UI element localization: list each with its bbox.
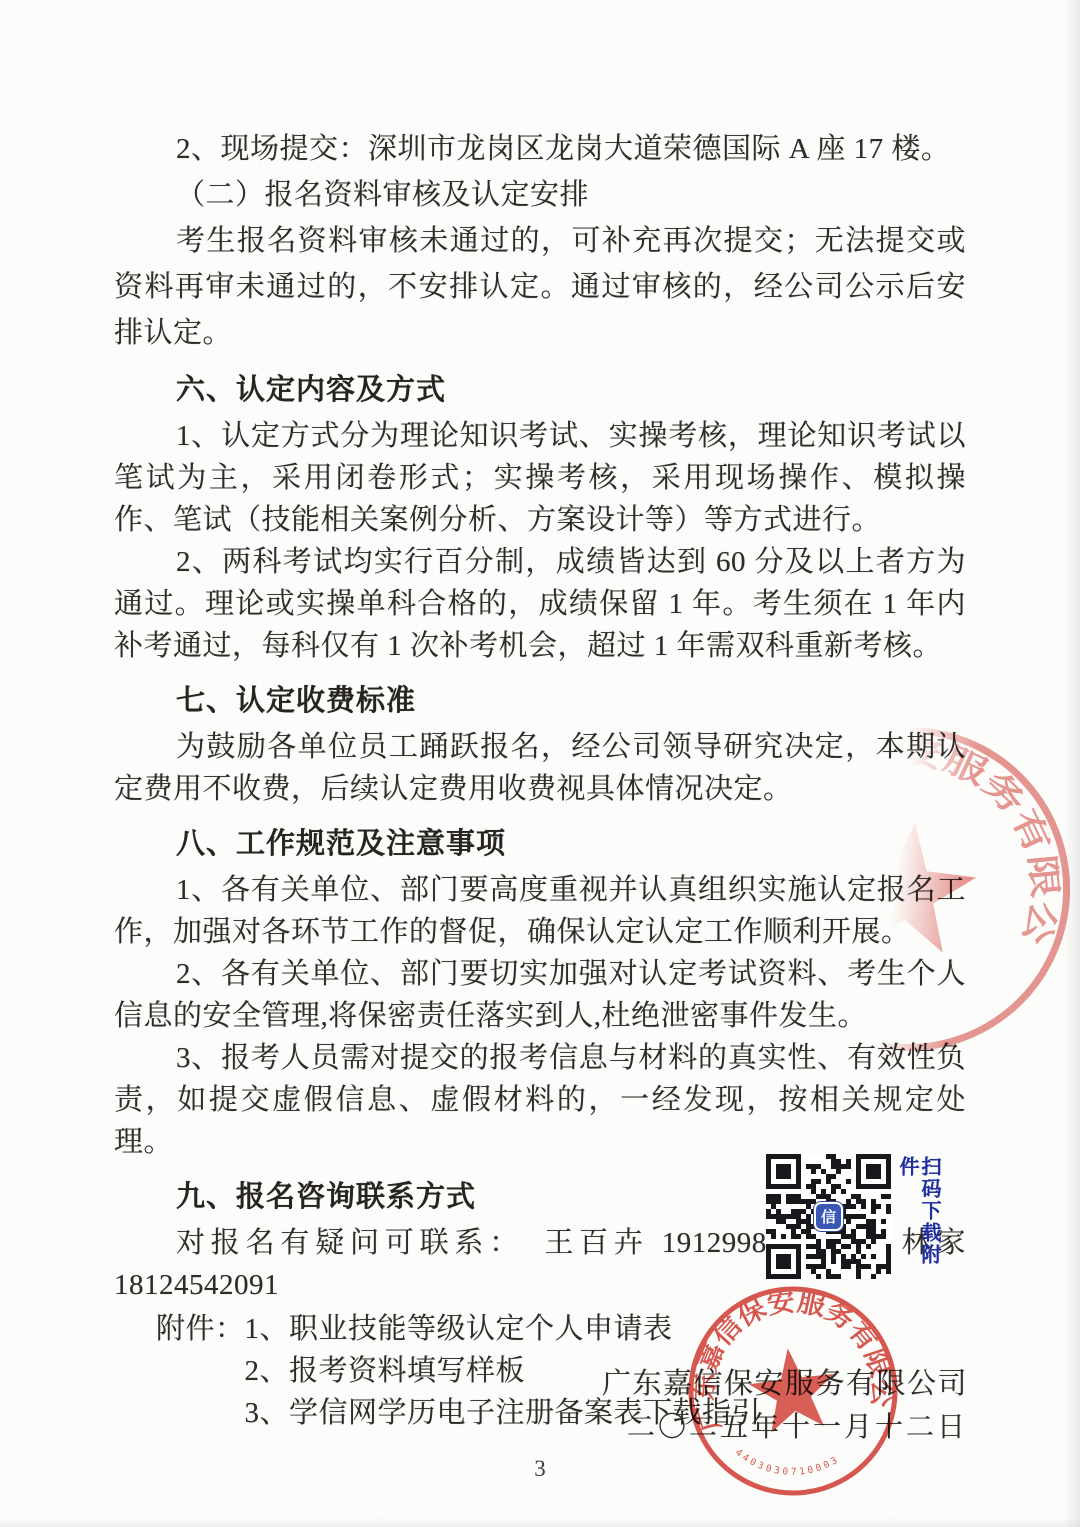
doc-paragraph: 2、现场提交：深圳市龙岗区龙岗大道荣德国际 A 座 17 楼。 — [114, 126, 966, 172]
qr-caption: 扫码下载附件 — [896, 1156, 940, 1286]
doc-paragraph: 考生报名资料审核未通过的，可补充再次提交；无法提交或资料再审未通过的，不安排认定… — [114, 218, 966, 356]
section-heading: 六、认定内容及方式 — [114, 369, 966, 411]
seal-serial-number: 4403030710003 — [732, 1435, 843, 1485]
scan-edge-shade-bottom — [0, 1517, 1080, 1527]
scanned-document-page: 2、现场提交：深圳市龙岗区龙岗大道荣德国际 A 座 17 楼。 （二）报名资料审… — [0, 0, 1080, 1527]
qr-code: 信 — [766, 1154, 891, 1279]
attachments-label: 附件： — [156, 1308, 245, 1434]
doc-paragraph: 2、两科考试均实行百分制，成绩皆达到 60 分及以上者方为通过。理论或实操单科合… — [114, 541, 966, 667]
doc-paragraph: （二）报名资料审核及认定安排 — [114, 172, 966, 218]
doc-paragraph: 1、认定方式分为理论知识考试、实操考核，理论知识考试以笔试为主，采用闭卷形式；实… — [114, 415, 966, 541]
doc-paragraph: 3、报考人员需对提交的报考信息与材料的真实性、有效性负责，如提交虚假信息、虚假材… — [114, 1037, 966, 1163]
seal-star-icon — [745, 1343, 840, 1434]
company-seal-stamp: 广东嘉信保安服务有限公司 4403030710003 — [670, 1268, 915, 1513]
company-seal-stamp-partial: 广东嘉信保安服务有限公司 — [720, 701, 1080, 1077]
qr-center-logo-icon: 信 — [814, 1202, 843, 1231]
svg-text:4403030710003: 4403030710003 — [732, 1435, 843, 1485]
page-number: 3 — [0, 1456, 1080, 1482]
